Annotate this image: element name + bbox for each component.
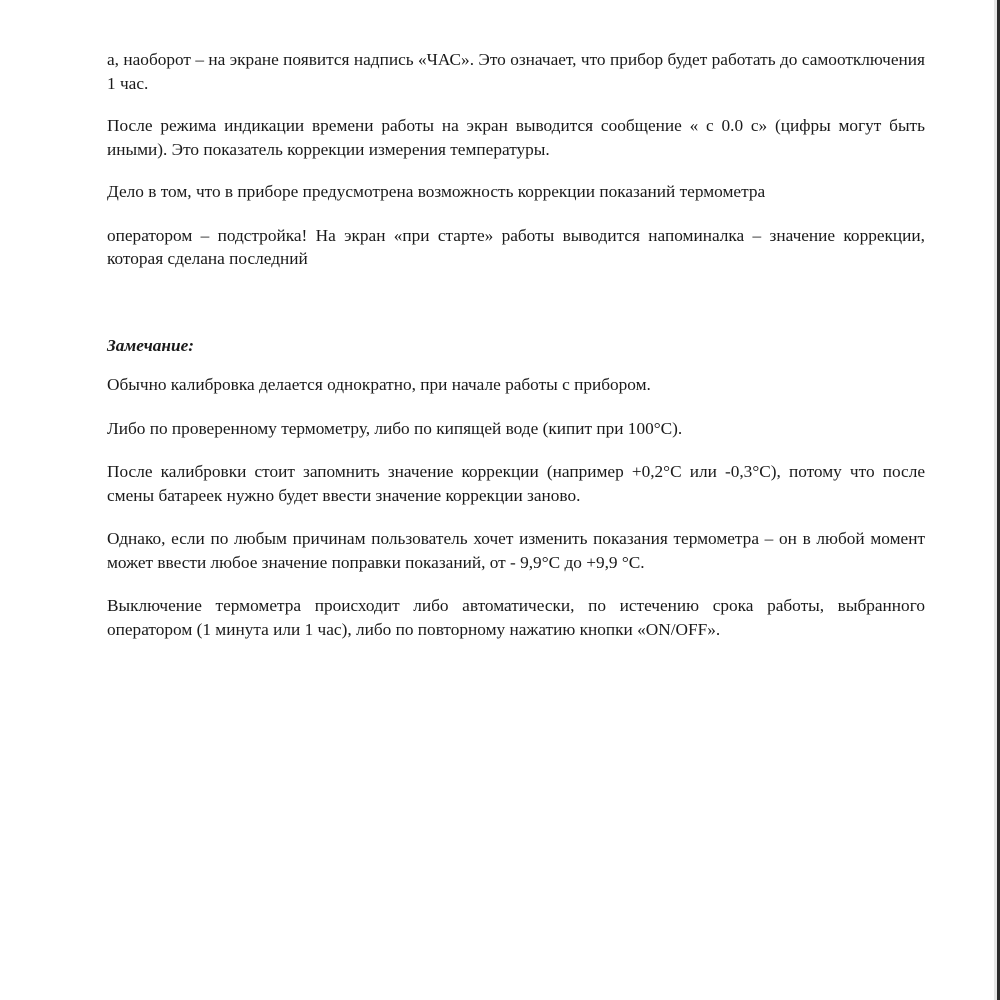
paragraph-operator-adjustment: оператором – подстройка! На экран «при с… bbox=[107, 224, 925, 271]
paragraph-remember-correction: После калибровки стоит запомнить значени… bbox=[107, 460, 925, 507]
paragraph-hour-mode: а, наоборот – на экране появится надпись… bbox=[107, 48, 925, 95]
paragraph-correction-feature: Дело в том, что в приборе предусмотрена … bbox=[107, 180, 925, 204]
paragraph-power-off: Выключение термометра происходит либо ав… bbox=[107, 594, 925, 641]
document-body: а, наоборот – на экране появится надпись… bbox=[107, 48, 925, 641]
paragraph-correction-message: После режима индикации времени работы на… bbox=[107, 114, 925, 161]
paragraph-calibration-once: Обычно калибровка делается однократно, п… bbox=[107, 373, 925, 397]
paragraph-correction-range: Однако, если по любым причинам пользоват… bbox=[107, 527, 925, 574]
document-page: а, наоборот – на экране появится надпись… bbox=[0, 0, 1000, 1000]
paragraph-calibration-method: Либо по проверенному термометру, либо по… bbox=[107, 417, 925, 441]
note-heading: Замечание: bbox=[107, 334, 925, 358]
